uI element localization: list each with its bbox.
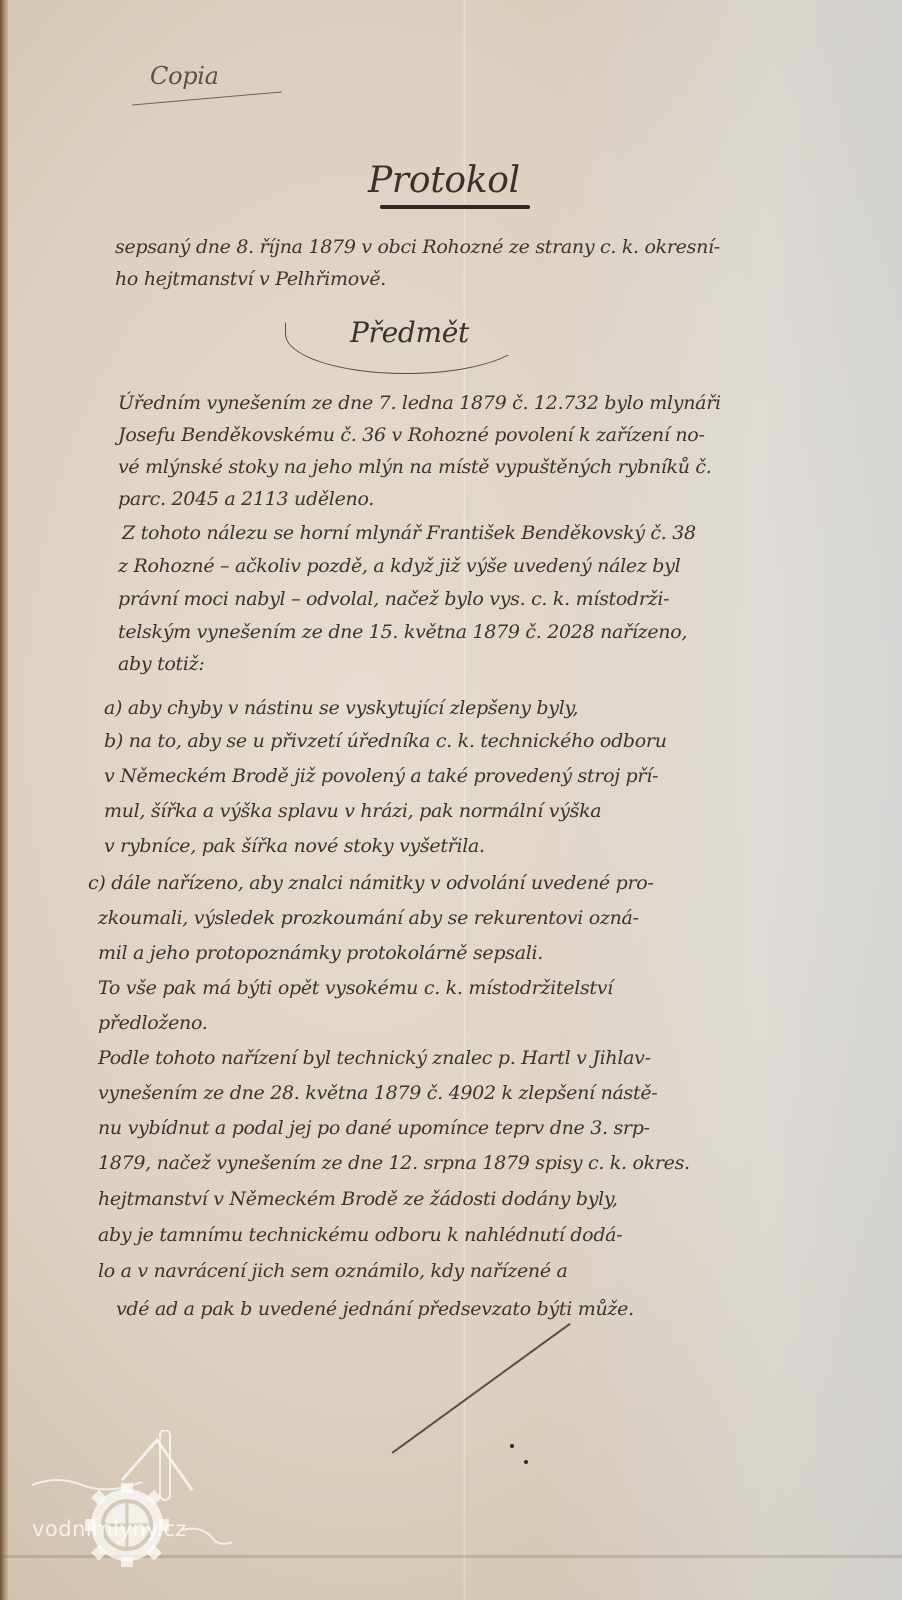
body-line: telským vynešením ze dne 15. května 1879… bbox=[118, 621, 687, 643]
preamble-line: sepsaný dne 8. října 1879 v obci Rohozné… bbox=[115, 236, 720, 258]
watermark-text: vodnimlyny.cz bbox=[32, 1517, 187, 1541]
body-line: nu vybídnut a podal jej po dané upomínce… bbox=[98, 1117, 650, 1139]
watermill-icon bbox=[32, 1430, 232, 1600]
body-line: zkoumali, výsledek prozkoumání aby se re… bbox=[98, 907, 639, 929]
body-line: předloženo. bbox=[98, 1012, 208, 1034]
body-line: vynešením ze dne 28. května 1879 č. 4902… bbox=[98, 1082, 657, 1104]
body-line: Podle tohoto nařízení byl technický znal… bbox=[98, 1047, 651, 1069]
body-line: aby totiž: bbox=[118, 653, 204, 675]
copy-mark: Copia bbox=[150, 62, 219, 90]
body-line: To vše pak má býti opět vysokému c. k. m… bbox=[98, 977, 613, 999]
body-line: právní moci nabyl – odvolal, načež bylo … bbox=[118, 588, 669, 610]
body-line: aby je tamnímu technickému odboru k nahl… bbox=[98, 1224, 622, 1246]
body-line: mul, šířka a výška splavu v hrázi, pak n… bbox=[104, 800, 601, 822]
body-line: lo a v navrácení jich sem oznámilo, kdy … bbox=[98, 1260, 568, 1282]
ink-dot bbox=[510, 1444, 514, 1448]
title-underline bbox=[380, 205, 530, 209]
ink-dot bbox=[524, 1460, 528, 1464]
document-title: Protokol bbox=[368, 160, 520, 201]
body-line: Z tohoto nálezu se horní mlynář Františe… bbox=[122, 522, 696, 544]
body-line: Josefu Benděkovskému č. 36 v Rohozné pov… bbox=[118, 424, 705, 446]
body-line: mil a jeho protopoznámky protokolárně se… bbox=[98, 942, 543, 964]
list-item-a: a) aby chyby v nástinu se vyskytující zl… bbox=[104, 697, 578, 719]
list-item-c: c) dále nařízeno, aby znalci námitky v o… bbox=[88, 872, 653, 894]
body-line: Úředním vynešením ze dne 7. ledna 1879 č… bbox=[118, 392, 721, 414]
preamble-line: ho hejtmanství v Pelhřimově. bbox=[115, 268, 386, 290]
page-binding-edge bbox=[0, 0, 8, 1600]
body-line: vdé ad a pak b uvedené jednání předsevza… bbox=[116, 1298, 634, 1320]
body-line: parc. 2045 a 2113 uděleno. bbox=[118, 488, 374, 510]
body-line: hejtmanství v Německém Brodě ze žádosti … bbox=[98, 1188, 618, 1210]
list-item-b: b) na to, aby se u přivzetí úředníka c. … bbox=[104, 730, 667, 752]
body-line: 1879, načež vynešením ze dne 12. srpna 1… bbox=[98, 1152, 690, 1174]
body-line: v Německém Brodě již povolený a také pro… bbox=[104, 765, 658, 787]
body-line: v rybníce, pak šířka nové stoky vyšetřil… bbox=[104, 835, 485, 857]
body-line: vé mlýnské stoky na jeho mlýn na místě v… bbox=[118, 456, 712, 478]
body-line: z Rohozné – ačkoliv pozdě, a když již vý… bbox=[118, 555, 680, 577]
